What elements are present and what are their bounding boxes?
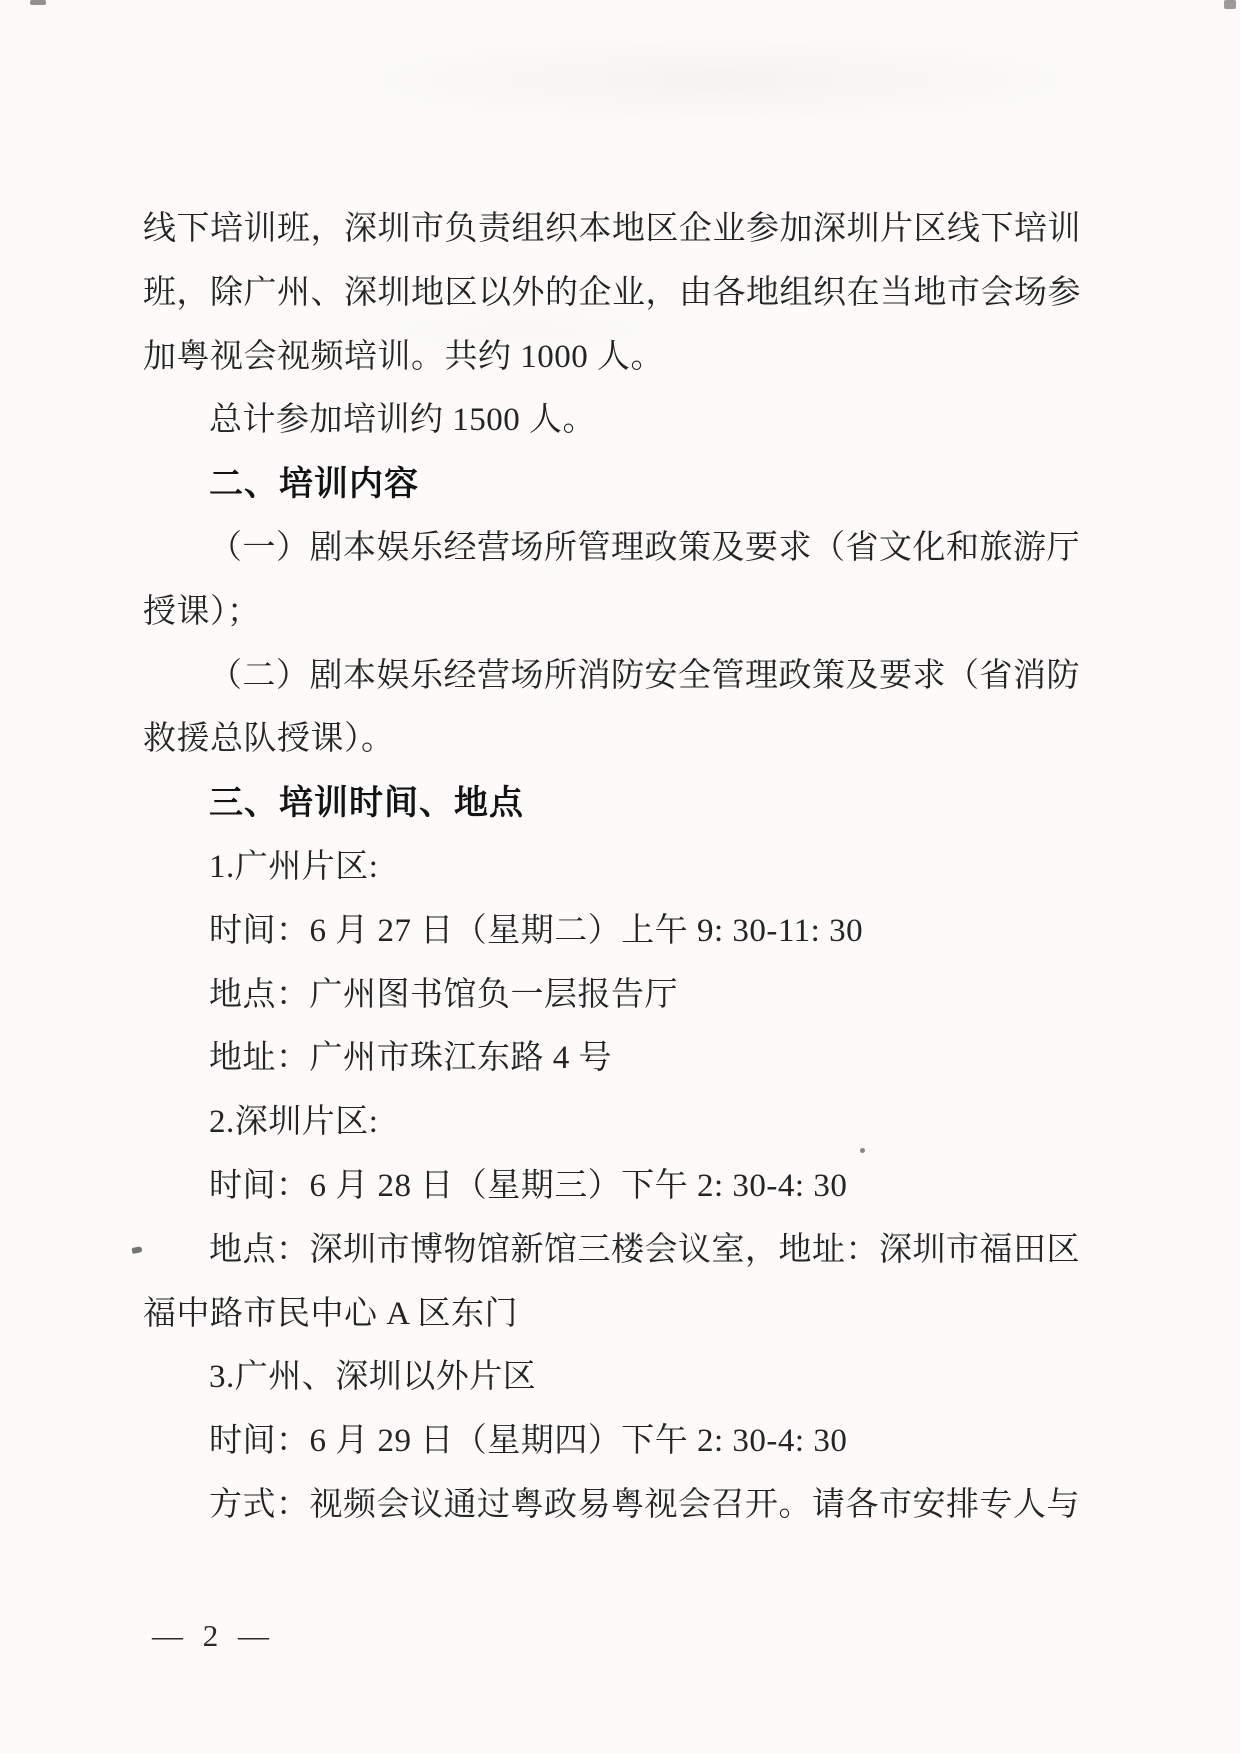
doc-line: 授课）； — [143, 581, 993, 645]
doc-line: 班，除广州、深圳地区以外的企业，由各地组织在当地市会场参 — [143, 262, 993, 326]
section-heading-3: 三、培训时间、地点 — [143, 772, 993, 836]
doc-line: 救援总队授课）。 — [143, 708, 993, 772]
document-page: 线下培训班，深圳市负责组织本地区企业参加深圳片区线下培训 班，除广州、深圳地区以… — [0, 0, 1240, 1754]
document-body: 线下培训班，深圳市负责组织本地区企业参加深圳片区线下培训 班，除广州、深圳地区以… — [143, 198, 993, 1538]
scan-artifact-speck — [1224, 0, 1236, 9]
doc-line: 1.广州片区: — [143, 836, 993, 900]
doc-line: 地点：广州图书馆负一层报告厅 — [143, 964, 993, 1028]
doc-line: 时间：6 月 27 日（星期二）上午 9: 30-11: 30 — [143, 900, 993, 964]
doc-line: 方式：视频会议通过粤政易粤视会召开。请各市安排专人与 — [143, 1474, 993, 1538]
doc-line: （二）剧本娱乐经营场所消防安全管理政策及要求（省消防 — [143, 645, 993, 709]
doc-line: （一）剧本娱乐经营场所管理政策及要求（省文化和旅游厅 — [143, 517, 993, 581]
doc-line: 时间：6 月 28 日（星期三）下午 2: 30-4: 30 — [143, 1155, 993, 1219]
section-heading-2: 二、培训内容 — [143, 453, 993, 517]
doc-line: 3.广州、深圳以外片区 — [143, 1346, 993, 1410]
doc-line: 2.深圳片区: — [143, 1091, 993, 1155]
doc-line: 地点：深圳市博物馆新馆三楼会议室，地址：深圳市福田区 — [143, 1219, 993, 1283]
scan-artifact-speck — [860, 1148, 865, 1153]
doc-line: 总计参加培训约 1500 人。 — [143, 389, 993, 453]
page-number: — 2 — — [152, 1618, 275, 1654]
doc-line: 线下培训班，深圳市负责组织本地区企业参加深圳片区线下培训 — [143, 198, 993, 262]
scan-artifact-speck — [131, 1246, 142, 1254]
doc-line: 福中路市民中心 A 区东门 — [143, 1283, 993, 1347]
doc-line: 时间：6 月 29 日（星期四）下午 2: 30-4: 30 — [143, 1410, 993, 1474]
scan-artifact-speck — [30, 0, 46, 5]
doc-line: 加粤视会视频培训。共约 1000 人。 — [143, 326, 993, 390]
doc-line: 地址：广州市珠江东路 4 号 — [143, 1027, 993, 1091]
